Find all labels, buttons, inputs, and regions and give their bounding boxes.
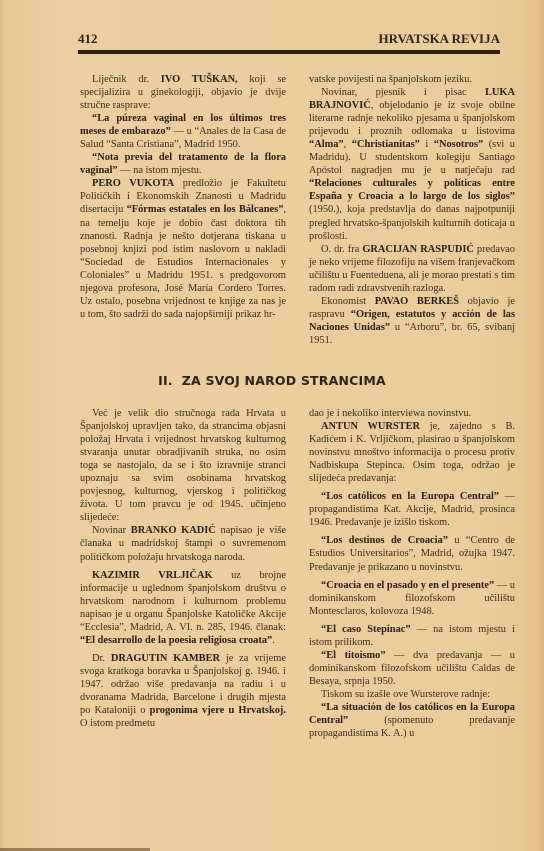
bold-emphasis: PAVAO BERKEŠ: [375, 296, 459, 307]
paragraph: Ekonomist PAVAO BERKEŠ objavio je raspra…: [309, 295, 515, 347]
bold-emphasis: “Relaciones culturales y políticas entre…: [309, 178, 515, 202]
bold-emphasis: progonima vjere u Hrvatskoj.: [150, 705, 286, 716]
section-heading: II.ZA SVOJ NAROD STRANCIMA: [0, 373, 544, 388]
paragraph: ANTUN WURSTER je, zajedno s B. Kadićem i…: [309, 420, 515, 485]
magazine-page: 412 HRVATSKA REVIJA Liječnik dr. IVO TUŠ…: [0, 0, 544, 851]
bold-emphasis: GRACIJAN RASPUDIĆ: [362, 244, 474, 255]
bold-emphasis: IVO TUŠKAN,: [161, 74, 238, 85]
bold-emphasis: “La situación de los católicos en la Eur…: [309, 702, 515, 726]
bold-emphasis: ANTUN WURSTER: [321, 421, 420, 432]
paragraph: “El titoismo” — dva predavanja — u domin…: [309, 649, 515, 688]
paragraph: dao je i nekoliko interviewa novinstvu.: [309, 407, 515, 420]
paragraph: KAZIMIR VRLJIČAK uz brojne informacije u…: [80, 569, 286, 647]
bold-emphasis: “Origen, estatutos y acción de las Nacio…: [309, 309, 515, 333]
bold-emphasis: “Nosotros”: [434, 139, 483, 150]
page-number: 412: [78, 31, 98, 47]
section-title: ZA SVOJ NAROD STRANCIMA: [182, 373, 386, 388]
header-rule: [78, 50, 500, 54]
paragraph: “La situación de los católicos en la Eur…: [309, 701, 515, 740]
bold-emphasis: “El caso Stepinac”: [321, 624, 411, 635]
bold-emphasis: “Los católicos en la Europa Central”: [321, 491, 499, 502]
bold-emphasis: “Christianitas”: [352, 139, 420, 150]
bold-emphasis: KAZIMIR VRLJIČAK: [92, 570, 213, 581]
paragraph: O. dr. fra GRACIJAN RASPUDIĆ predavao je…: [309, 243, 515, 295]
section-numeral: II.: [158, 373, 173, 388]
bold-emphasis: “El titoismo”: [321, 650, 386, 661]
paragraph: PERO VUKOTA predložio je Fakultetu Polit…: [80, 177, 286, 321]
bold-emphasis: BRANKO KADIĆ: [131, 525, 216, 536]
paragraph: Novinar, pjesnik i pisac LUKA BRAJNOVIĆ,…: [309, 86, 515, 243]
paragraph: Tiskom su izašle ove Wursterove radnje:: [309, 688, 515, 701]
bold-emphasis: “El desarrollo de la poesia religiosa cr…: [80, 635, 272, 646]
paragraph: “El caso Stepinac” — na istom mjestu i i…: [309, 623, 515, 649]
bold-emphasis: “Fórmas estatales en los Bálcanes”: [127, 204, 284, 215]
bold-emphasis: “Nota previa del tratamento de la flora …: [80, 152, 286, 176]
bold-emphasis: “Alma”: [309, 139, 344, 150]
bold-emphasis: DRAGUTIN KAMBER: [111, 653, 220, 664]
paragraph: “Croacia en el pasado y en el presente” …: [309, 579, 515, 618]
paragraph: Liječnik dr. IVO TUŠKAN, koji se specija…: [80, 73, 286, 112]
paragraph: Dr. DRAGUTIN KAMBER je za vrijeme svoga …: [80, 652, 286, 730]
paragraph: vatske povijesti na španjolskom jeziku.: [309, 73, 515, 86]
journal-title: HRVATSKA REVIJA: [378, 31, 500, 47]
bold-emphasis: “La púreza vaginal en los últimos tres m…: [80, 113, 286, 137]
paragraph: Novinar BRANKO KADIĆ napisao je više čla…: [80, 524, 286, 563]
paragraph: “La púreza vaginal en los últimos tres m…: [80, 112, 286, 151]
top-left-column: Liječnik dr. IVO TUŠKAN, koji se specija…: [80, 73, 286, 321]
bold-emphasis: “Croacia en el pasado y en el presente”: [321, 580, 494, 591]
bold-emphasis: PERO VUKOTA: [92, 178, 174, 189]
paragraph: “Los destinos de Croacia” u “Centro de E…: [309, 534, 515, 573]
bold-emphasis: LUKA BRAJNOVIĆ: [309, 87, 515, 111]
paragraph: “Los católicos en la Europa Central” — p…: [309, 490, 515, 529]
paragraph: Već je velik dio stručnoga rada Hrvata u…: [80, 407, 286, 524]
top-right-column: vatske povijesti na španjolskom jeziku.N…: [309, 73, 515, 347]
bottom-left-column: Već je velik dio stručnoga rada Hrvata u…: [80, 407, 286, 730]
bold-emphasis: “Los destinos de Croacia”: [321, 535, 448, 546]
running-header: 412 HRVATSKA REVIJA: [78, 31, 500, 47]
bottom-right-column: dao je i nekoliko interviewa novinstvu.A…: [309, 407, 515, 740]
paragraph: “Nota previa del tratamento de la flora …: [80, 151, 286, 177]
